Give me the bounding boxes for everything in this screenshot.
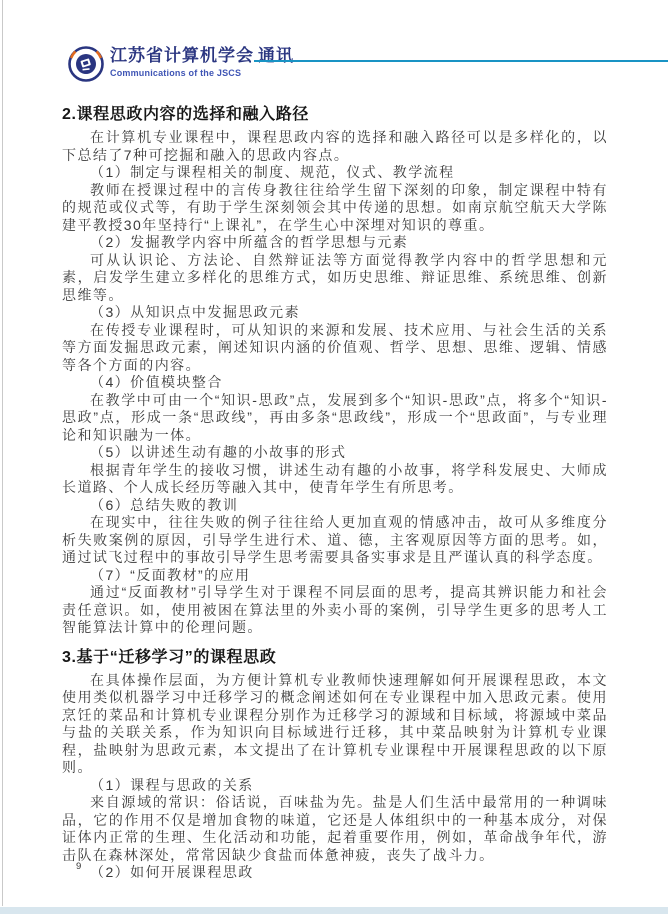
item-title: （5）以讲述生动有趣的小故事的形式: [62, 444, 608, 462]
journal-title-main: 江苏省计算机学会: [110, 46, 254, 65]
section-heading: 2.课程思政内容的选择和融入路径: [62, 105, 608, 125]
article-section: 3.基于“迁移学习”的课程思政 在具体操作层面，为方便计算机专业教师快速理解如何…: [62, 648, 608, 882]
brand-block: 江苏省计算机学会通讯 Communications of the JSCS: [110, 46, 294, 78]
text-paragraph: 教师在授课过程中的言传身教往往给学生留下深刻的印象，制定课程中特有的规范或仪式等…: [62, 182, 608, 235]
item-title: （4）价值模块整合: [62, 374, 608, 392]
item-title: （6）总结失败的教训: [62, 497, 608, 515]
journal-subtitle: Communications of the JSCS: [110, 68, 294, 78]
text-paragraph: 在具体操作层面，为方便计算机专业教师快速理解如何开展课程思政，本文使用类似机器学…: [62, 672, 608, 777]
text-paragraph: 通过“反面教材”引导学生对于课程不同层面的思考，提高其辨识能力和社会责任意识。如…: [62, 584, 608, 637]
text-paragraph: 在现实中，往往失败的例子往往给人更加直观的情感冲击，故可从多维度分析失败案例的原…: [62, 514, 608, 567]
item-title: （2）发掘教学内容中所蕴含的哲学思想与元素: [62, 234, 608, 252]
item-title: （3）从知识点中发掘思政元素: [62, 304, 608, 322]
text-paragraph: 可从认识论、方法论、自然辩证法等方面觉得教学内容中的哲学思想和元素，启发学生建立…: [62, 252, 608, 305]
masthead: 江苏省计算机学会通讯 Communications of the JSCS: [0, 0, 668, 100]
article-section: 2.课程思政内容的选择和融入路径 在计算机专业课程中，课程思政内容的选择和融入路…: [62, 105, 608, 637]
section-heading: 3.基于“迁移学习”的课程思政: [62, 648, 608, 668]
text-paragraph: 来自源域的常识：俗话说，百味盐为先。盐是人们生活中最常用的一种调味品，它的作用不…: [62, 794, 608, 864]
text-paragraph: 在计算机专业课程中，课程思政内容的选择和融入路径可以是多样化的，以下总结了7种可…: [62, 129, 608, 164]
text-paragraph: 在教学中可由一个“知识-思政”点，发展到多个“知识-思政”点，将多个“知识-思政…: [62, 392, 608, 445]
page-bottom-strip: [0, 907, 668, 914]
item-title: （1）课程与思政的关系: [62, 777, 608, 795]
journal-title-suffix: 通讯: [258, 46, 294, 65]
item-title: （1）制定与课程相关的制度、规范，仪式、教学流程: [62, 164, 608, 182]
item-title: （2）如何开展课程思政: [62, 864, 608, 882]
text-paragraph: 根据青年学生的接收习惯，讲述生动有趣的小故事，将学科发展史、大师成长道路、个人成…: [62, 462, 608, 497]
jscs-seal-logo: [68, 46, 104, 82]
journal-title: 江苏省计算机学会通讯: [110, 46, 294, 66]
header-divider-line: [254, 60, 668, 62]
text-paragraph: 在传授专业课程时，可从知识的来源和发展、技术应用、与社会生活的关系等方面发掘思政…: [62, 322, 608, 375]
page-number: 9: [76, 861, 81, 872]
article-body: 2.课程思政内容的选择和融入路径 在计算机专业课程中，课程思政内容的选择和融入路…: [62, 105, 608, 882]
page-left-edge: [2, 0, 3, 906]
item-title: （7）“反面教材”的应用: [62, 567, 608, 585]
journal-page: 江苏省计算机学会通讯 Communications of the JSCS 2.…: [0, 0, 668, 914]
jscs-seal-icon: [68, 46, 104, 82]
